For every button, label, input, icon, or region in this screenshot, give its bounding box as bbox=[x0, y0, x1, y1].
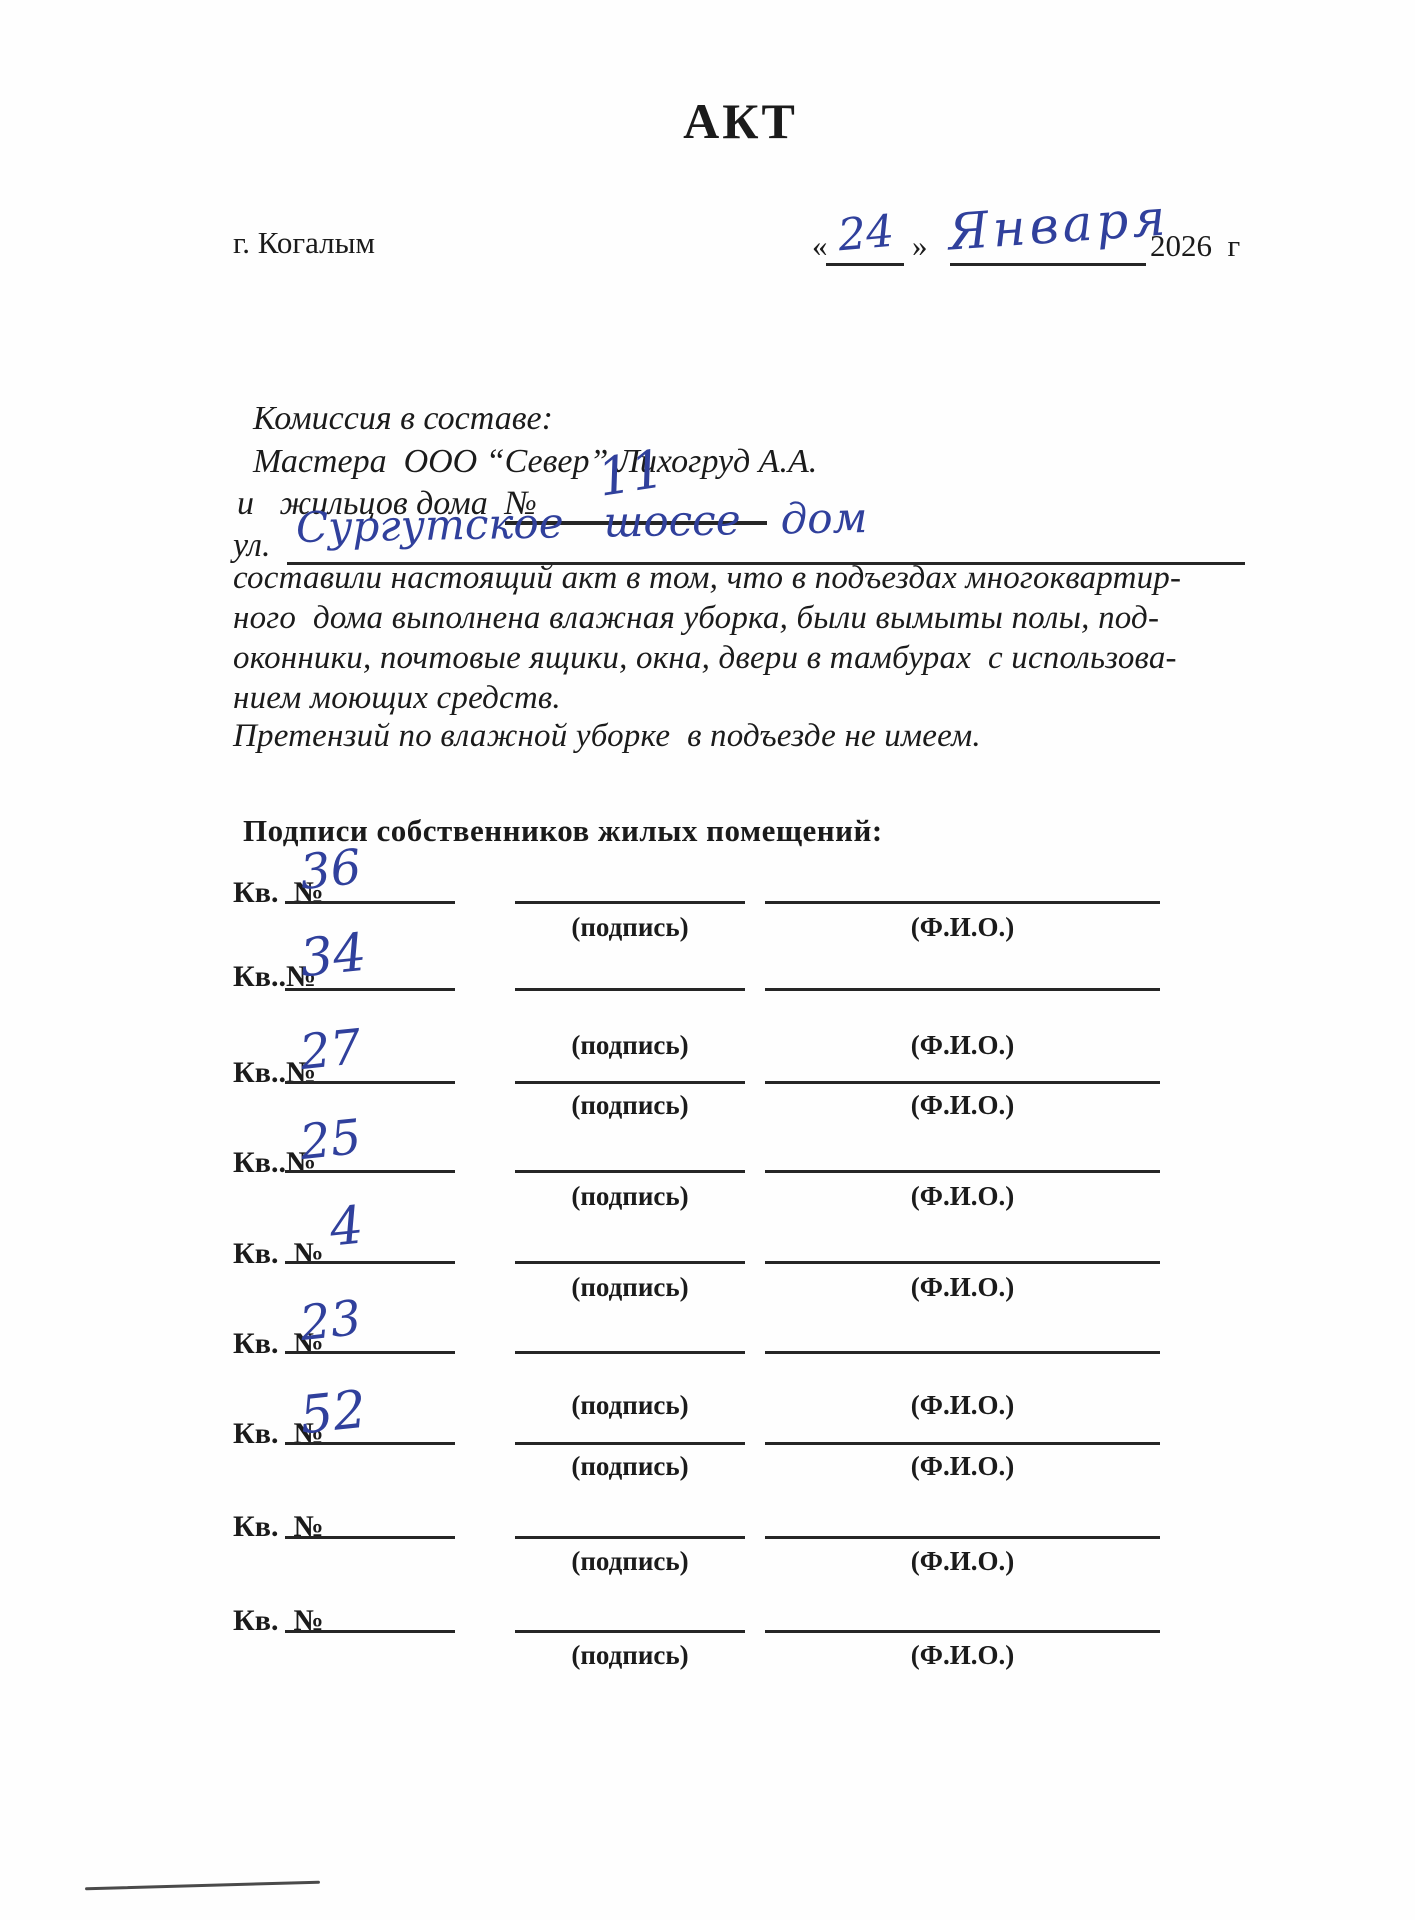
apartment-number-handwritten: 36 bbox=[297, 839, 364, 901]
fio-line bbox=[765, 1170, 1160, 1173]
date-year: 2026 г bbox=[1150, 228, 1240, 264]
apartment-number-line bbox=[285, 1261, 455, 1264]
fio-caption: (Ф.И.О.) bbox=[765, 1181, 1160, 1212]
signature-line bbox=[515, 1536, 745, 1539]
signature-line bbox=[515, 901, 745, 904]
signature-caption: (подпись) bbox=[515, 1030, 745, 1061]
signature-line bbox=[515, 1261, 745, 1264]
fio-caption: (Ф.И.О.) bbox=[765, 1272, 1160, 1303]
signature-line bbox=[515, 1351, 745, 1354]
signature-caption: (подпись) bbox=[515, 1272, 745, 1303]
apartment-number-line bbox=[285, 901, 455, 904]
signature-caption: (подпись) bbox=[515, 1546, 745, 1577]
signature-line bbox=[515, 1170, 745, 1173]
fio-line bbox=[765, 1442, 1160, 1445]
date-month-handwritten: Января bbox=[946, 188, 1171, 261]
body-line-1: составили настоящий акт в том, что в под… bbox=[233, 560, 1181, 597]
claims-line: Претензий по влажной уборке в подъезде н… bbox=[233, 718, 981, 755]
street-handwritten: Сургутское шоссе дом bbox=[296, 493, 868, 552]
date-open-quote: « bbox=[812, 228, 828, 264]
apartment-number-handwritten: 27 bbox=[297, 1019, 364, 1081]
signature-line bbox=[515, 988, 745, 991]
signature-line bbox=[515, 1442, 745, 1445]
apartment-number-line bbox=[285, 1630, 455, 1633]
scan-artifact-line bbox=[85, 1881, 320, 1891]
fio-line bbox=[765, 1081, 1160, 1084]
signature-line bbox=[515, 1081, 745, 1084]
signature-caption: (подпись) bbox=[515, 1640, 745, 1671]
fio-caption: (Ф.И.О.) bbox=[765, 1546, 1160, 1577]
date-day-line bbox=[826, 263, 904, 266]
body-line-2: ного дома выполнена влажная уборка, были… bbox=[233, 600, 1159, 637]
fio-caption: (Ф.И.О.) bbox=[765, 1390, 1160, 1421]
city-label: г. Когалым bbox=[233, 225, 375, 261]
apartment-number-handwritten: 52 bbox=[297, 1380, 369, 1447]
apartment-number-handwritten: 4 bbox=[327, 1195, 366, 1258]
apartment-number-line bbox=[285, 1536, 455, 1539]
commission-heading: Комиссия в составе: bbox=[253, 400, 553, 438]
fio-line bbox=[765, 1351, 1160, 1354]
apartment-number-line bbox=[285, 988, 455, 991]
document-title: АКТ bbox=[66, 92, 1415, 150]
apartment-number-line bbox=[285, 1081, 455, 1084]
apartment-number-handwritten: 34 bbox=[297, 923, 369, 990]
signature-caption: (подпись) bbox=[515, 1451, 745, 1482]
signature-caption: (подпись) bbox=[515, 1181, 745, 1212]
apartment-number-line bbox=[285, 1170, 455, 1173]
fio-caption: (Ф.И.О.) bbox=[765, 1090, 1160, 1121]
date-month-line bbox=[950, 263, 1146, 266]
signature-line bbox=[515, 1630, 745, 1633]
apartment-number-handwritten: 25 bbox=[297, 1109, 364, 1171]
fio-caption: (Ф.И.О.) bbox=[765, 1640, 1160, 1671]
signature-caption: (подпись) bbox=[515, 912, 745, 943]
fio-line bbox=[765, 1261, 1160, 1264]
apartment-number-handwritten: 23 bbox=[297, 1290, 364, 1352]
apartment-number-line bbox=[285, 1442, 455, 1445]
signature-caption: (подпись) bbox=[515, 1090, 745, 1121]
fio-caption: (Ф.И.О.) bbox=[765, 1451, 1160, 1482]
date-day-handwritten: 24 bbox=[836, 206, 896, 262]
fio-line bbox=[765, 988, 1160, 991]
commission-member-line: Мастера ООО “Север” Лихогруд А.А. bbox=[253, 443, 817, 481]
date-close-quote: » bbox=[912, 228, 928, 264]
body-line-3: оконники, почтовые ящики, окна, двери в … bbox=[233, 640, 1177, 677]
fio-caption: (Ф.И.О.) bbox=[765, 912, 1160, 943]
fio-line bbox=[765, 901, 1160, 904]
fio-line bbox=[765, 1630, 1160, 1633]
apartment-label: Кв. № bbox=[233, 1237, 324, 1271]
act-document-page: АКТ г. Когалым « 24 » Января 2026 г Коми… bbox=[0, 0, 1415, 1920]
signature-caption: (подпись) bbox=[515, 1390, 745, 1421]
fio-line bbox=[765, 1536, 1160, 1539]
fio-caption: (Ф.И.О.) bbox=[765, 1030, 1160, 1061]
apartment-number-line bbox=[285, 1351, 455, 1354]
body-line-4: нием моющих средств. bbox=[233, 680, 561, 717]
